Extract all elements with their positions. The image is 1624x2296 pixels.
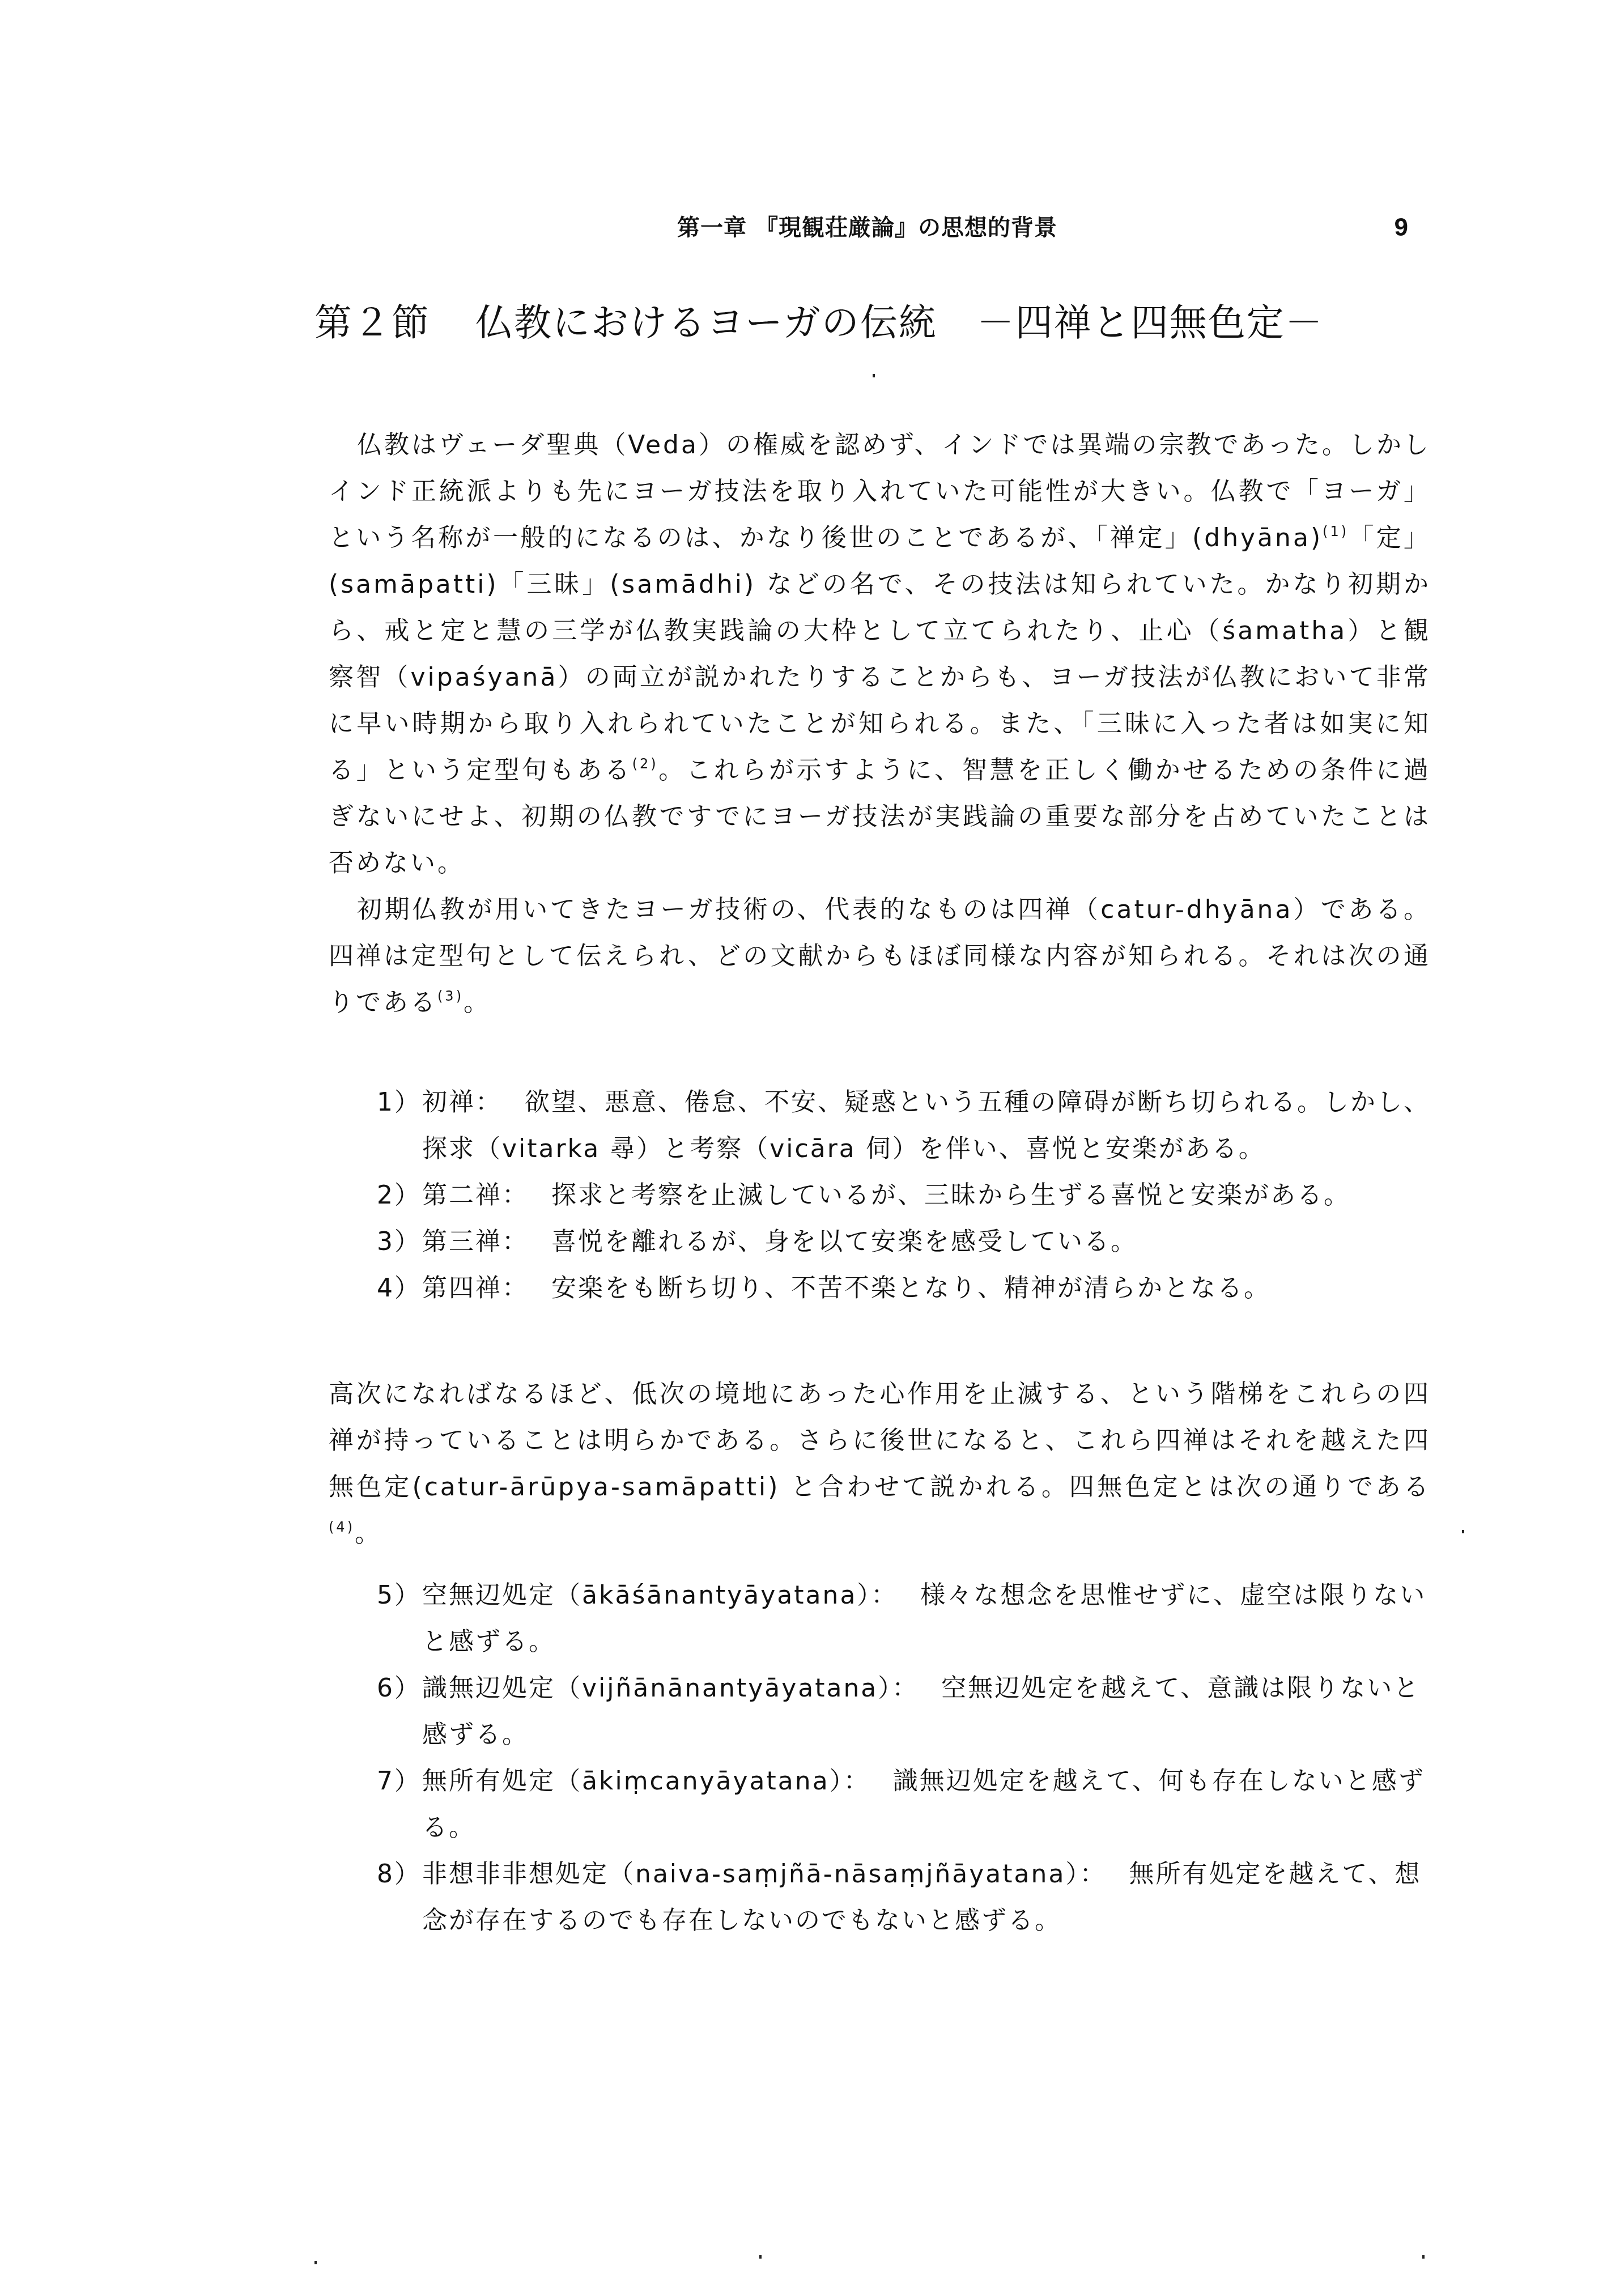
item-term: 第三禅： [422,1227,529,1256]
list-item: 4） 第四禅：安楽をも断ち切り、不苦不楽となり、精神が清らかとなる。 [377,1265,1434,1312]
section-subtitle: －四禅と四無色定－ [977,295,1324,351]
list-item: 2） 第二禅：探求と考察を止滅しているが、三昧から生ずる喜悦と安楽がある。 [377,1172,1434,1219]
list-item: 3） 第三禅：喜悦を離れるが、身を以て安楽を感受している。 [377,1219,1434,1265]
item-description: 喜悦を離れるが、身を以て安楽を感受している。 [551,1227,1137,1256]
scan-speck [1422,2255,1425,2259]
list-item: 5） 空無辺処定（ākāśānantyāyatana）：様々な想念を思惟せずに、… [377,1572,1434,1665]
item-number: 8） [377,1851,422,1944]
paragraph-text: 仏教はヴェーダ聖典（Veda）の権威を認めず、インドでは異端の宗教であった。しか… [329,431,1431,552]
paragraph-text: 初期仏教が用いてきたヨーガ技術の、代表的なものは四禅（catur-dhyāna）… [329,895,1431,1017]
paragraph-text: 。 [464,988,491,1017]
footnote-ref-2[interactable]: (2) [632,756,658,772]
paragraph-1: 仏教はヴェーダ聖典（Veda）の権威を認めず、インドでは異端の宗教であった。しか… [329,422,1431,887]
item-number: 7） [377,1758,422,1851]
item-term: 非想非非想処定（naiva-saṃjñā-nāsaṃjñāyatana）： [422,1860,1106,1889]
intro-block: 仏教はヴェーダ聖典（Veda）の権威を認めず、インドでは異端の宗教であった。しか… [329,422,1431,1026]
four-formless-list: 5） 空無辺処定（ākāśānantyāyatana）：様々な想念を思惟せずに、… [377,1572,1434,1944]
item-term: 第四禅： [422,1274,529,1303]
list-item: 8） 非想非非想処定（naiva-saṃjñā-nāsaṃjñāyatana）：… [377,1851,1434,1944]
four-dhyanas-list: 1） 初禅：欲望、悪意、倦怠、不安、疑惑という五種の障碍が断ち切られる。しかし、… [377,1079,1434,1312]
paragraph-text: 「定」(samāpatti)「三昧」(samādhi) などの名で、その技法は知… [329,524,1431,785]
item-term: 初禅： [422,1088,502,1117]
scan-speck [314,2261,317,2264]
paragraph-3: 高次になればなるほど、低次の境地にあった心作用を止滅する、という階梯をこれらの四… [329,1371,1431,1557]
paragraph-2: 初期仏教が用いてきたヨーガ技術の、代表的なものは四禅（catur-dhyāna）… [329,887,1431,1026]
running-head: 第一章 『現観荘厳論』の思想的背景 9 [677,211,1408,245]
item-description: 欲望、悪意、倦怠、不安、疑惑という五種の障碍が断ち切られる。しかし、探求（vit… [422,1088,1430,1163]
list-item: 6） 識無辺処定（vijñānānantyāyatana）：空無辺処定を越えて、… [377,1665,1434,1758]
scan-speck [873,374,875,377]
paragraph-text: 。 [355,1519,382,1548]
scanned-book-page: 第一章 『現観荘厳論』の思想的背景 9 第２節仏教におけるヨーガの伝統－四禅と四… [0,0,1624,2296]
item-number: 4） [377,1265,422,1312]
list-item: 1） 初禅：欲望、悪意、倦怠、不安、疑惑という五種の障碍が断ち切られる。しかし、… [377,1079,1434,1172]
list-item: 7） 無所有処定（ākiṃcanyāyatana）：識無辺処定を越えて、何も存在… [377,1758,1434,1851]
footnote-ref-4[interactable]: (4) [329,1519,355,1535]
item-term: 識無辺処定（vijñānānantyāyatana）： [422,1674,919,1703]
paragraph-text: 高次になればなるほど、低次の境地にあった心作用を止滅する、という階梯をこれらの四… [329,1380,1431,1502]
item-description: 探求と考察を止滅しているが、三昧から生ずる喜悦と安楽がある。 [551,1181,1350,1210]
section-number: 第２節 [314,295,430,351]
chapter-title: 第一章 『現観荘厳論』の思想的背景 [677,211,1057,245]
item-term: 第二禅： [422,1181,529,1210]
item-number: 6） [377,1665,422,1758]
item-number: 1） [377,1079,422,1172]
item-number: 2） [377,1172,422,1219]
section-title: 仏教におけるヨーガの伝統 [475,295,937,351]
item-term: 無所有処定（ākiṃcanyāyatana）： [422,1767,870,1796]
footnote-ref-3[interactable]: (3) [437,988,464,1004]
section-heading: 第２節仏教におけるヨーガの伝統－四禅と四無色定－ [314,295,1324,351]
transition-block: 高次になればなるほど、低次の境地にあった心作用を止滅する、という階梯をこれらの四… [329,1371,1431,1557]
scan-speck [759,2255,762,2259]
item-description: 安楽をも断ち切り、不苦不楽となり、精神が清らかとなる。 [551,1274,1270,1303]
item-number: 5） [377,1572,422,1665]
footnote-ref-1[interactable]: (1) [1323,524,1349,539]
item-term: 空無辺処定（ākāśānantyāyatana）： [422,1581,898,1610]
item-number: 3） [377,1219,422,1265]
page-number: 9 [1395,211,1408,245]
scan-speck [1462,1530,1464,1533]
